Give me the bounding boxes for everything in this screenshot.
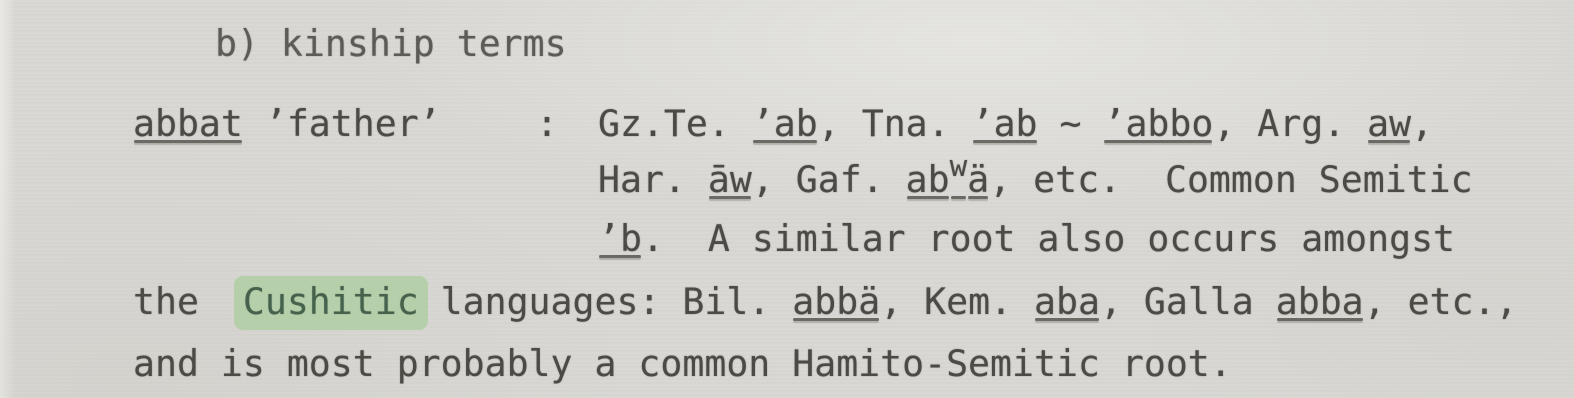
underlined-term: ä — [967, 158, 989, 201]
paragraph-line: and is most probably a common Hamito-Sem… — [133, 341, 1232, 387]
definition-line: Har. āw, Gaf. abwä, etc. Common Semitic — [598, 157, 1473, 205]
underlined-term: ’b — [598, 217, 642, 260]
text-run: and is most probably a common Hamito-Sem… — [133, 342, 1232, 385]
underlined-term: abba — [1276, 280, 1364, 323]
text-run: , Tna. — [818, 102, 972, 145]
underlined-term: aba — [1034, 280, 1100, 323]
text-run: ’father’ — [243, 102, 441, 145]
underlined-term: abbat — [133, 102, 243, 145]
text-run: languages: Bil. — [419, 280, 793, 323]
text-run: , etc., — [1364, 280, 1518, 323]
text-run: . A similar root also occurs amongst — [642, 217, 1455, 260]
underlined-term: w — [950, 158, 968, 201]
underlined-term: āw — [708, 158, 752, 201]
text-run: the — [133, 280, 243, 323]
text-run: , Arg. — [1213, 102, 1367, 145]
superscript-letter: w — [950, 143, 968, 189]
text-run: , Galla — [1100, 280, 1276, 323]
underlined-term: ’ab — [972, 102, 1038, 145]
underlined-term: ab — [906, 158, 950, 201]
highlighted-term: Cushitic — [234, 276, 428, 330]
entry-separator-colon: : — [536, 101, 558, 147]
underlined-term: abbä — [792, 280, 880, 323]
text-run: ~ — [1038, 102, 1104, 145]
text-run: , Gaf. — [752, 158, 906, 201]
text-run: , Kem. — [880, 280, 1034, 323]
text-run: , etc. Common Semitic — [989, 158, 1472, 201]
text-run: , — [1411, 102, 1433, 145]
definition-line: Gz.Te. ’ab, Tna. ’ab ~ ’abbo, Arg. aw, — [598, 101, 1433, 147]
underlined-term: aw — [1367, 102, 1411, 145]
entry-headword-line: abbat ’father’ — [133, 101, 441, 147]
underlined-term: ’ab — [752, 102, 818, 145]
paragraph-line: the Cushitic languages: Bil. abbä, Kem. … — [133, 279, 1517, 325]
underlined-term: ’abbo — [1103, 102, 1213, 145]
text-run: Gz.Te. — [598, 102, 752, 145]
scanned-document-page: { "colors": { "paper": "#d8d7d3", "ink":… — [0, 0, 1574, 398]
section-heading: b) kinship terms — [215, 21, 567, 67]
text-run: Har. — [598, 158, 708, 201]
definition-line: ’b. A similar root also occurs amongst — [598, 216, 1455, 262]
